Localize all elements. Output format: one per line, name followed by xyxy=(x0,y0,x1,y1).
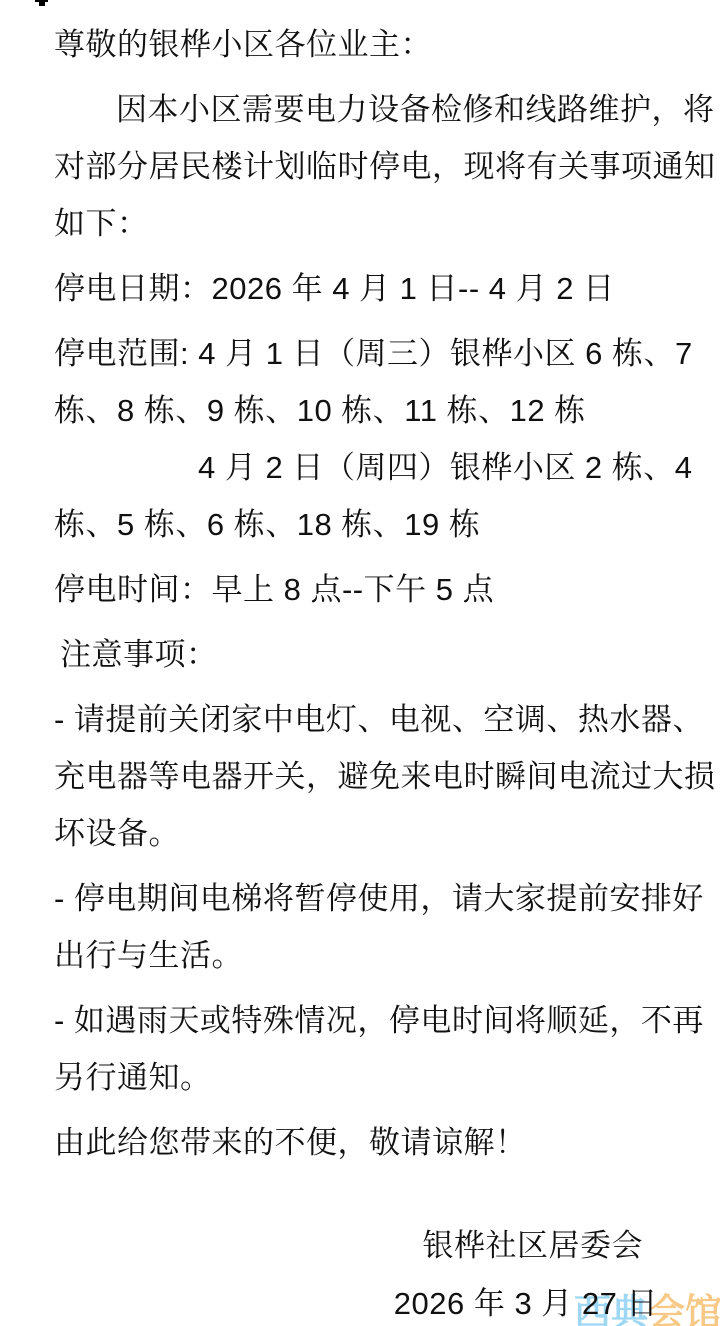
scope-day2-line: 4 月 2 日（周四）银桦小区 2 栋、4 xyxy=(54,439,694,496)
note-item: - 请提前关闭家中电灯、电视、空调、热水器、 充电器等电器开关，避免来电时瞬间电… xyxy=(54,691,694,862)
notes-heading: 注意事项： xyxy=(54,626,694,683)
scope-day2-line: 栋、5 栋、6 栋、18 栋、19 栋 xyxy=(54,496,694,553)
intro-line: 如下： xyxy=(54,195,694,252)
signature-org: 银桦社区居委会 xyxy=(423,1226,644,1266)
crop-artifact-mark xyxy=(39,0,45,6)
note-line: - 停电期间电梯将暂停使用，请大家提前安排好 xyxy=(54,870,694,927)
intro-line: 因本小区需要电力设备检修和线路维护，将 xyxy=(54,81,694,138)
outage-time-line: 停电时间：早上 8 点--下午 5 点 xyxy=(54,561,694,618)
signature-date: 2026 年 3 月 27 日 xyxy=(394,1284,658,1324)
outage-date-line: 停电日期：2026 年 4 月 1 日-- 4 月 2 日 xyxy=(54,260,694,317)
note-line: - 请提前关闭家中电灯、电视、空调、热水器、 xyxy=(54,691,694,748)
note-line: 坏设备。 xyxy=(54,805,694,862)
intro-paragraph: 因本小区需要电力设备检修和线路维护，将 对部分居民楼计划临时停电，现将有关事项通… xyxy=(54,81,694,252)
power-outage-notice-document: 尊敬的银桦小区各位业主： 因本小区需要电力设备检修和线路维护，将 对部分居民楼计… xyxy=(0,0,720,1326)
salutation: 尊敬的银桦小区各位业主： xyxy=(54,16,694,73)
intro-line: 对部分居民楼计划临时停电，现将有关事项通知 xyxy=(54,138,694,195)
watermark-text-orange: 会馆 xyxy=(648,1292,720,1326)
closing-line: 由此给您带来的不便，敬请谅解！ xyxy=(54,1114,694,1171)
salutation-paragraph: 尊敬的银桦小区各位业主： xyxy=(54,16,694,73)
note-line: 另行通知。 xyxy=(54,1049,694,1106)
scope-day1-line: 停电范围: 4 月 1 日（周三）银桦小区 6 栋、7 xyxy=(54,325,694,382)
note-item: - 如遇雨天或特殊情况，停电时间将顺延，不再 另行通知。 xyxy=(54,992,694,1106)
scope-day1-line: 栋、8 栋、9 栋、10 栋、11 栋、12 栋 xyxy=(54,382,694,439)
outage-scope-paragraph: 停电范围: 4 月 1 日（周三）银桦小区 6 栋、7 栋、8 栋、9 栋、10… xyxy=(54,325,694,553)
note-line: 充电器等电器开关，避免来电时瞬间电流过大损 xyxy=(54,748,694,805)
outage-date-paragraph: 停电日期：2026 年 4 月 1 日-- 4 月 2 日 xyxy=(54,260,694,317)
note-item: - 停电期间电梯将暂停使用，请大家提前安排好 出行与生活。 xyxy=(54,870,694,984)
closing-paragraph: 由此给您带来的不便，敬请谅解！ xyxy=(54,1114,694,1171)
notes-heading-paragraph: 注意事项： xyxy=(54,626,694,683)
note-line: 出行与生活。 xyxy=(54,927,694,984)
outage-time-paragraph: 停电时间：早上 8 点--下午 5 点 xyxy=(54,561,694,618)
note-line: - 如遇雨天或特殊情况，停电时间将顺延，不再 xyxy=(54,992,694,1049)
